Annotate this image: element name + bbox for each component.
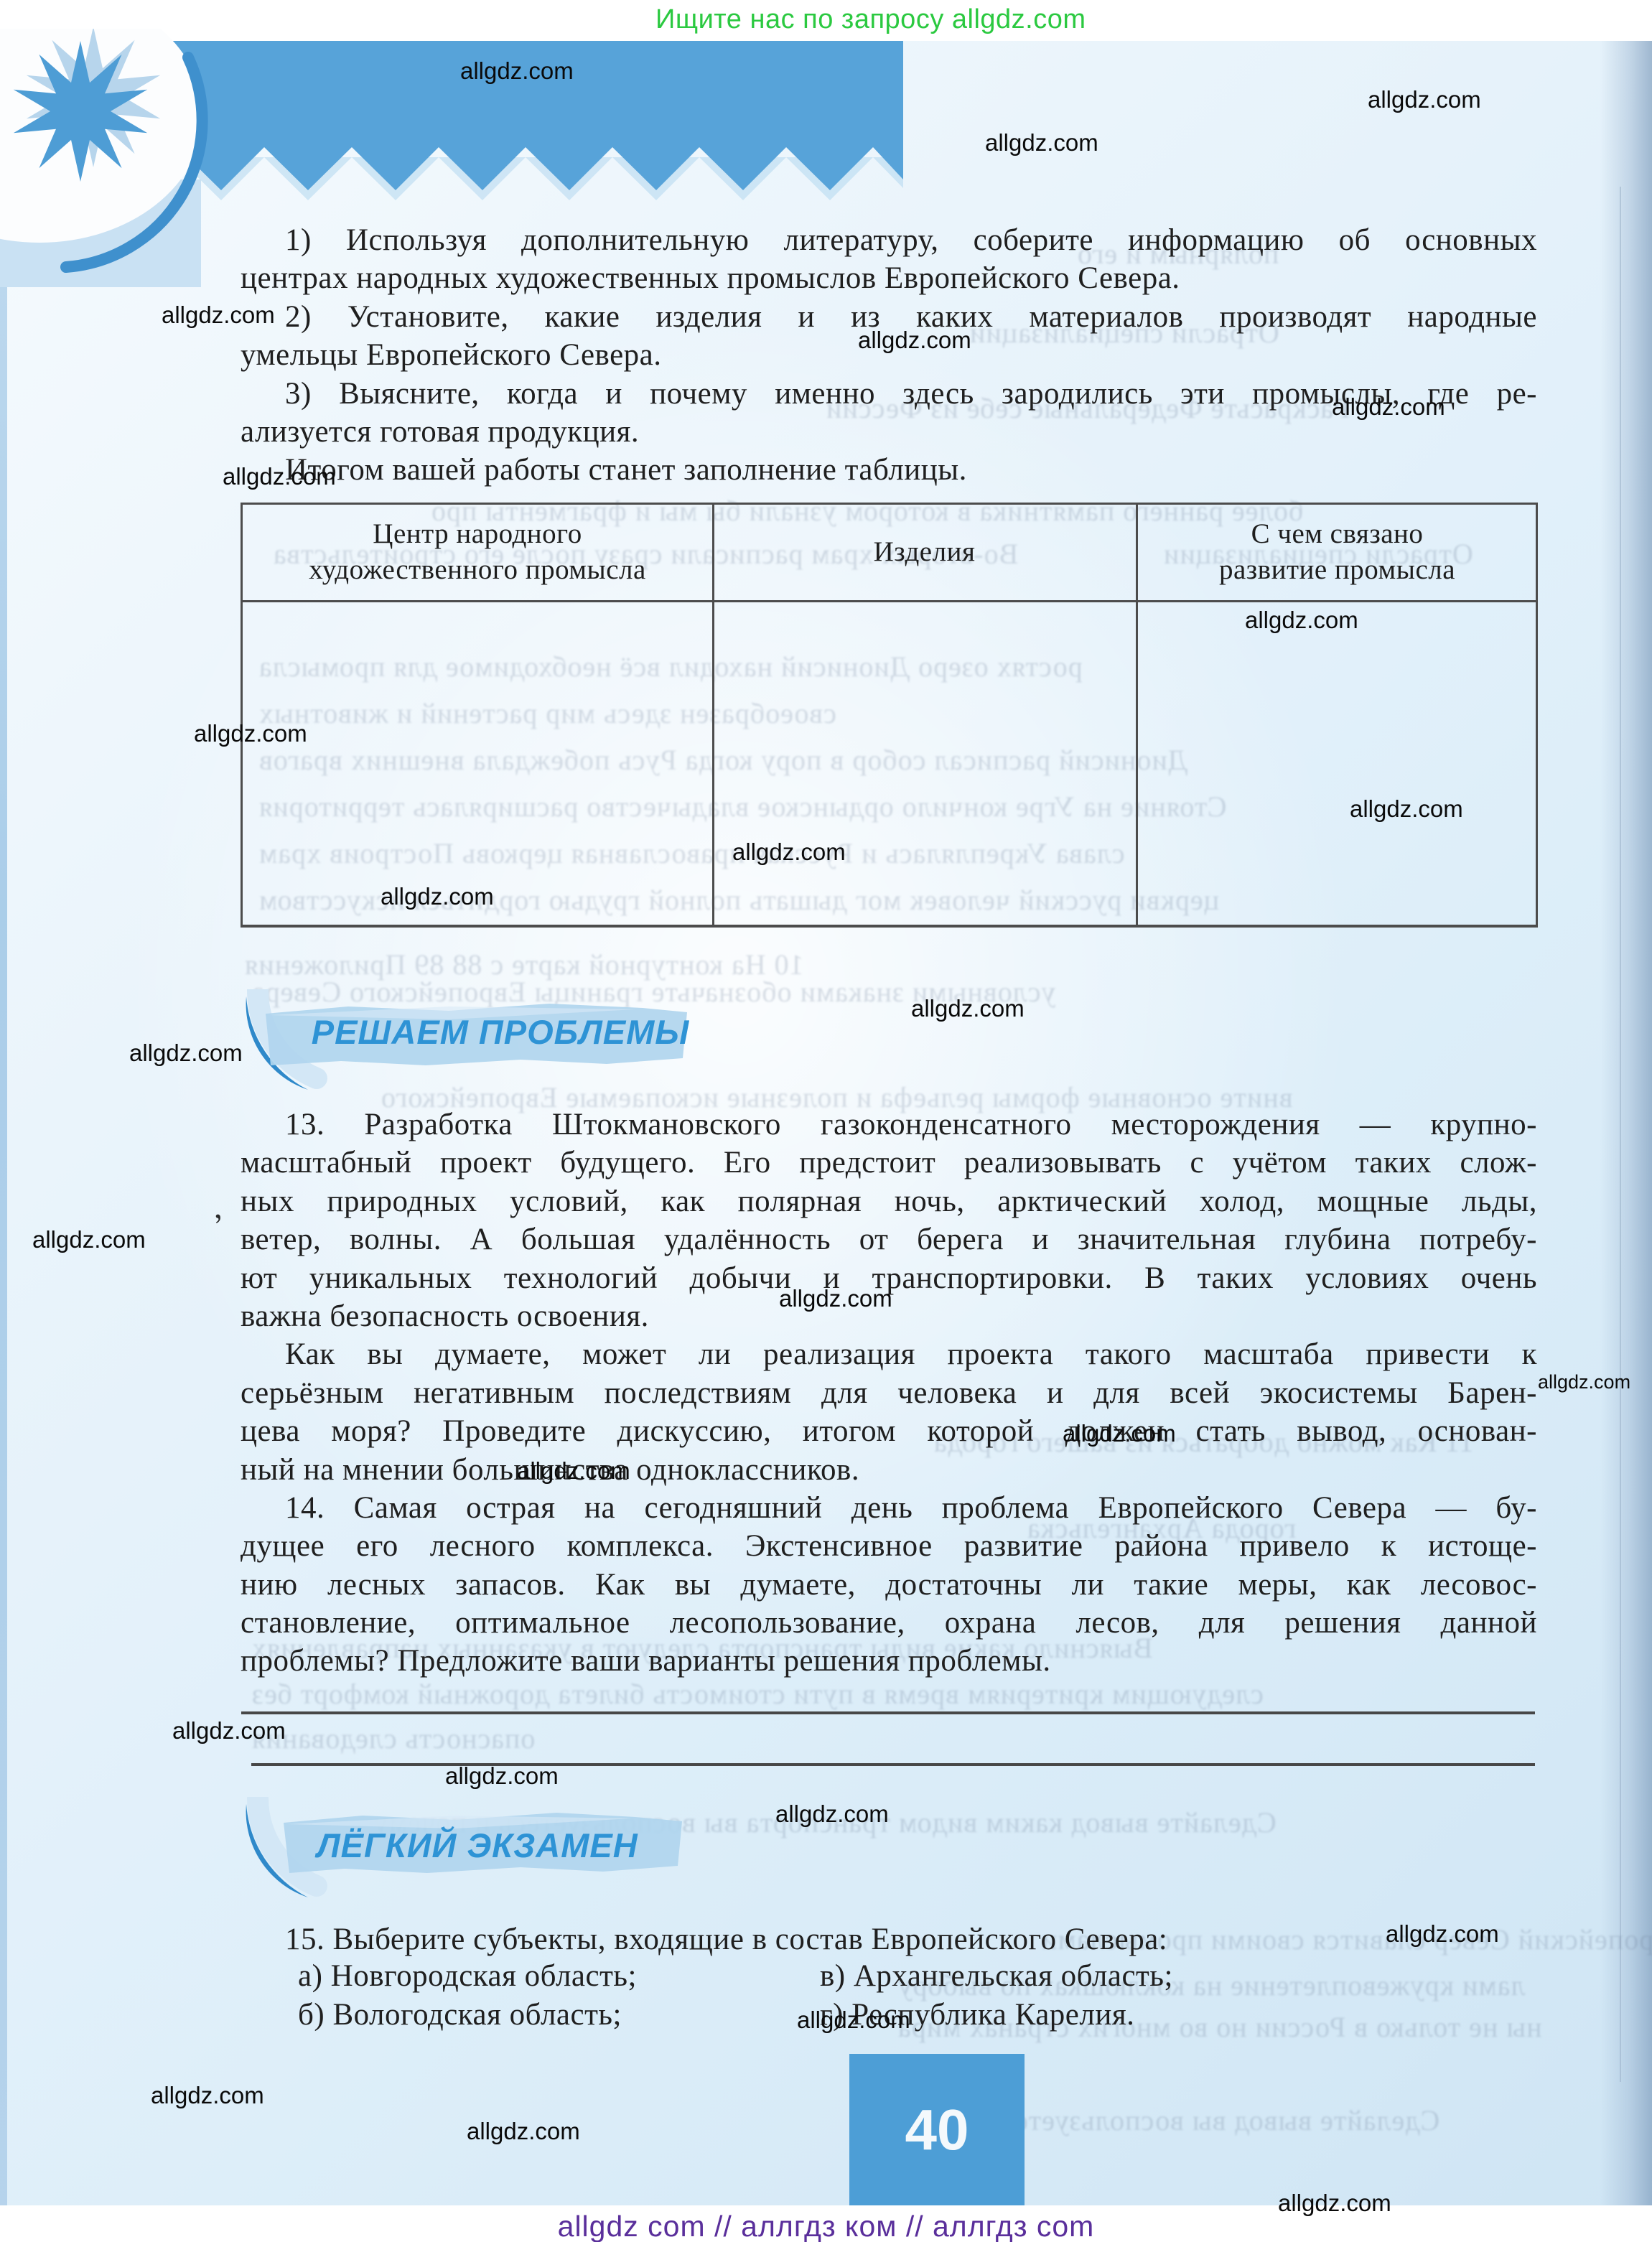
- task-15-option-b: б) Вологодская область;: [298, 1997, 622, 2032]
- table-header-text: С чем связано: [1251, 516, 1424, 552]
- task-13-line: 13. Разработка Штокмановского газоконден…: [241, 1106, 1537, 1144]
- site-watermark: allgdz.com: [381, 883, 494, 910]
- table-header-text: Центр народного: [373, 516, 582, 552]
- site-watermark: allgdz.com: [129, 1040, 243, 1067]
- scanned-workbook-page: Ищите нас по запросу allgdz.com полярным…: [0, 0, 1652, 2242]
- site-watermark: allgdz.com: [172, 1717, 286, 1744]
- site-watermark: allgdz.com: [460, 57, 574, 85]
- site-watermark: allgdz.com: [1386, 1920, 1499, 1948]
- site-watermark: allgdz.com: [517, 1457, 630, 1485]
- bleed-through-text: следующим критериям время в пути стоимос…: [251, 1677, 1264, 1711]
- task-13-line: масштабный проект будущего. Его предстои…: [241, 1144, 1537, 1182]
- table-header-cell-reason: С чем связано развитие промысла: [1142, 504, 1533, 600]
- site-watermark: allgdz.com: [732, 839, 846, 866]
- site-watermark: allgdz.com: [1332, 393, 1445, 421]
- site-watermark: allgdz.com: [445, 1762, 559, 1790]
- task-14-line: 14. Самая острая на сегодняшний день про…: [241, 1489, 1537, 1527]
- site-watermark: allgdz.com: [1368, 86, 1481, 113]
- banner-solve-problems-label: РЕШАЕМ ПРОБЛЕМЫ: [332, 1003, 669, 1060]
- main-tasks-block: 13. Разработка Штокмановского газоконден…: [241, 1106, 1537, 1681]
- site-watermark: allgdz.com: [1245, 607, 1358, 634]
- bleed-through-text: опасность следования: [251, 1722, 535, 1755]
- site-watermark: allgdz.com: [911, 995, 1025, 1022]
- answer-line: [241, 1711, 1535, 1714]
- task-15-intro: 15. Выберите субъекты, входящие в состав…: [241, 1920, 1537, 1958]
- task-text-line: Итогом вашей работы станет заполнение та…: [241, 451, 1537, 489]
- site-watermark: allgdz.com: [223, 463, 336, 490]
- task-14-line: проблемы? Предложите ваши варианты решен…: [241, 1642, 1537, 1680]
- site-watermark: allgdz.com: [151, 2082, 264, 2109]
- task-13-line: ный на мнении большинства одноклассников…: [241, 1451, 1537, 1489]
- table-column-divider: [1136, 503, 1138, 928]
- table-header-cell-center: Центр народного художественного промысла: [248, 504, 707, 600]
- task-text-line: 1) Используя дополнительную литературу, …: [241, 221, 1537, 259]
- site-watermark: allgdz.com: [1350, 795, 1463, 823]
- task-13-line: ветер, волны. А большая удалённость от б…: [241, 1220, 1537, 1258]
- site-watermark: allgdz.com: [1063, 1420, 1176, 1447]
- site-watermark: allgdz.com: [1278, 2190, 1391, 2217]
- site-watermark: allgdz.com: [194, 720, 307, 747]
- table-header-text: Изделия: [874, 534, 976, 570]
- task-13-line: цева моря? Проведите дискуссию, итогом к…: [241, 1412, 1537, 1450]
- site-watermark: allgdz.com: [985, 129, 1098, 157]
- site-watermark: allgdz.com: [32, 1226, 146, 1253]
- task-15-block: 15. Выберите субъекты, входящие в состав…: [241, 1920, 1537, 1958]
- site-watermark: allgdz.com: [467, 2118, 580, 2145]
- task-13-line: серьёзным негативным последствиям для че…: [241, 1374, 1537, 1412]
- task-13-line: Как вы думаете, может ли реализация прое…: [241, 1335, 1537, 1373]
- site-watermark: allgdz.com: [858, 327, 971, 354]
- task-14-line: нию лесных запасов. Как вы думаете, дост…: [241, 1566, 1537, 1604]
- table-header-text: художественного промысла: [309, 552, 646, 588]
- task-14-line: становление, оптимальное лесопользование…: [241, 1604, 1537, 1642]
- table-header-cell-products: Изделия: [718, 504, 1131, 600]
- page-number: 40: [905, 2097, 969, 2163]
- intro-tasks-block: 1) Используя дополнительную литературу, …: [241, 221, 1537, 490]
- task-15-option-v: в) Архангельская область;: [820, 1958, 1173, 1994]
- answer-line: [251, 1763, 1535, 1766]
- site-watermark: allgdz.com: [1538, 1371, 1630, 1393]
- task-14-line: дущее его лесного комплекса. Экстенсивно…: [241, 1527, 1537, 1565]
- table-column-divider: [712, 503, 714, 928]
- task-15-option-a: а) Новгородская область;: [298, 1958, 637, 1994]
- task-text-line: центрах народных художественных промысло…: [241, 259, 1537, 297]
- banner-easy-exam-label: ЛЁГКИЙ ЭКЗАМЕН: [309, 1816, 646, 1874]
- site-watermark: allgdz.com: [162, 302, 275, 329]
- site-watermark: allgdz.com: [775, 1800, 889, 1828]
- site-watermark: allgdz.com: [779, 1285, 892, 1312]
- task-13-line: ных природных условий, как полярная ночь…: [241, 1182, 1537, 1220]
- table-header-text: развитие промысла: [1219, 552, 1455, 588]
- footer-links: allgdz com // аллгдз ком // аллгдз com: [0, 2210, 1652, 2242]
- page-number-badge: 40: [849, 2054, 1025, 2205]
- site-watermark: allgdz.com: [797, 2007, 910, 2034]
- table-header-divider: [241, 600, 1538, 602]
